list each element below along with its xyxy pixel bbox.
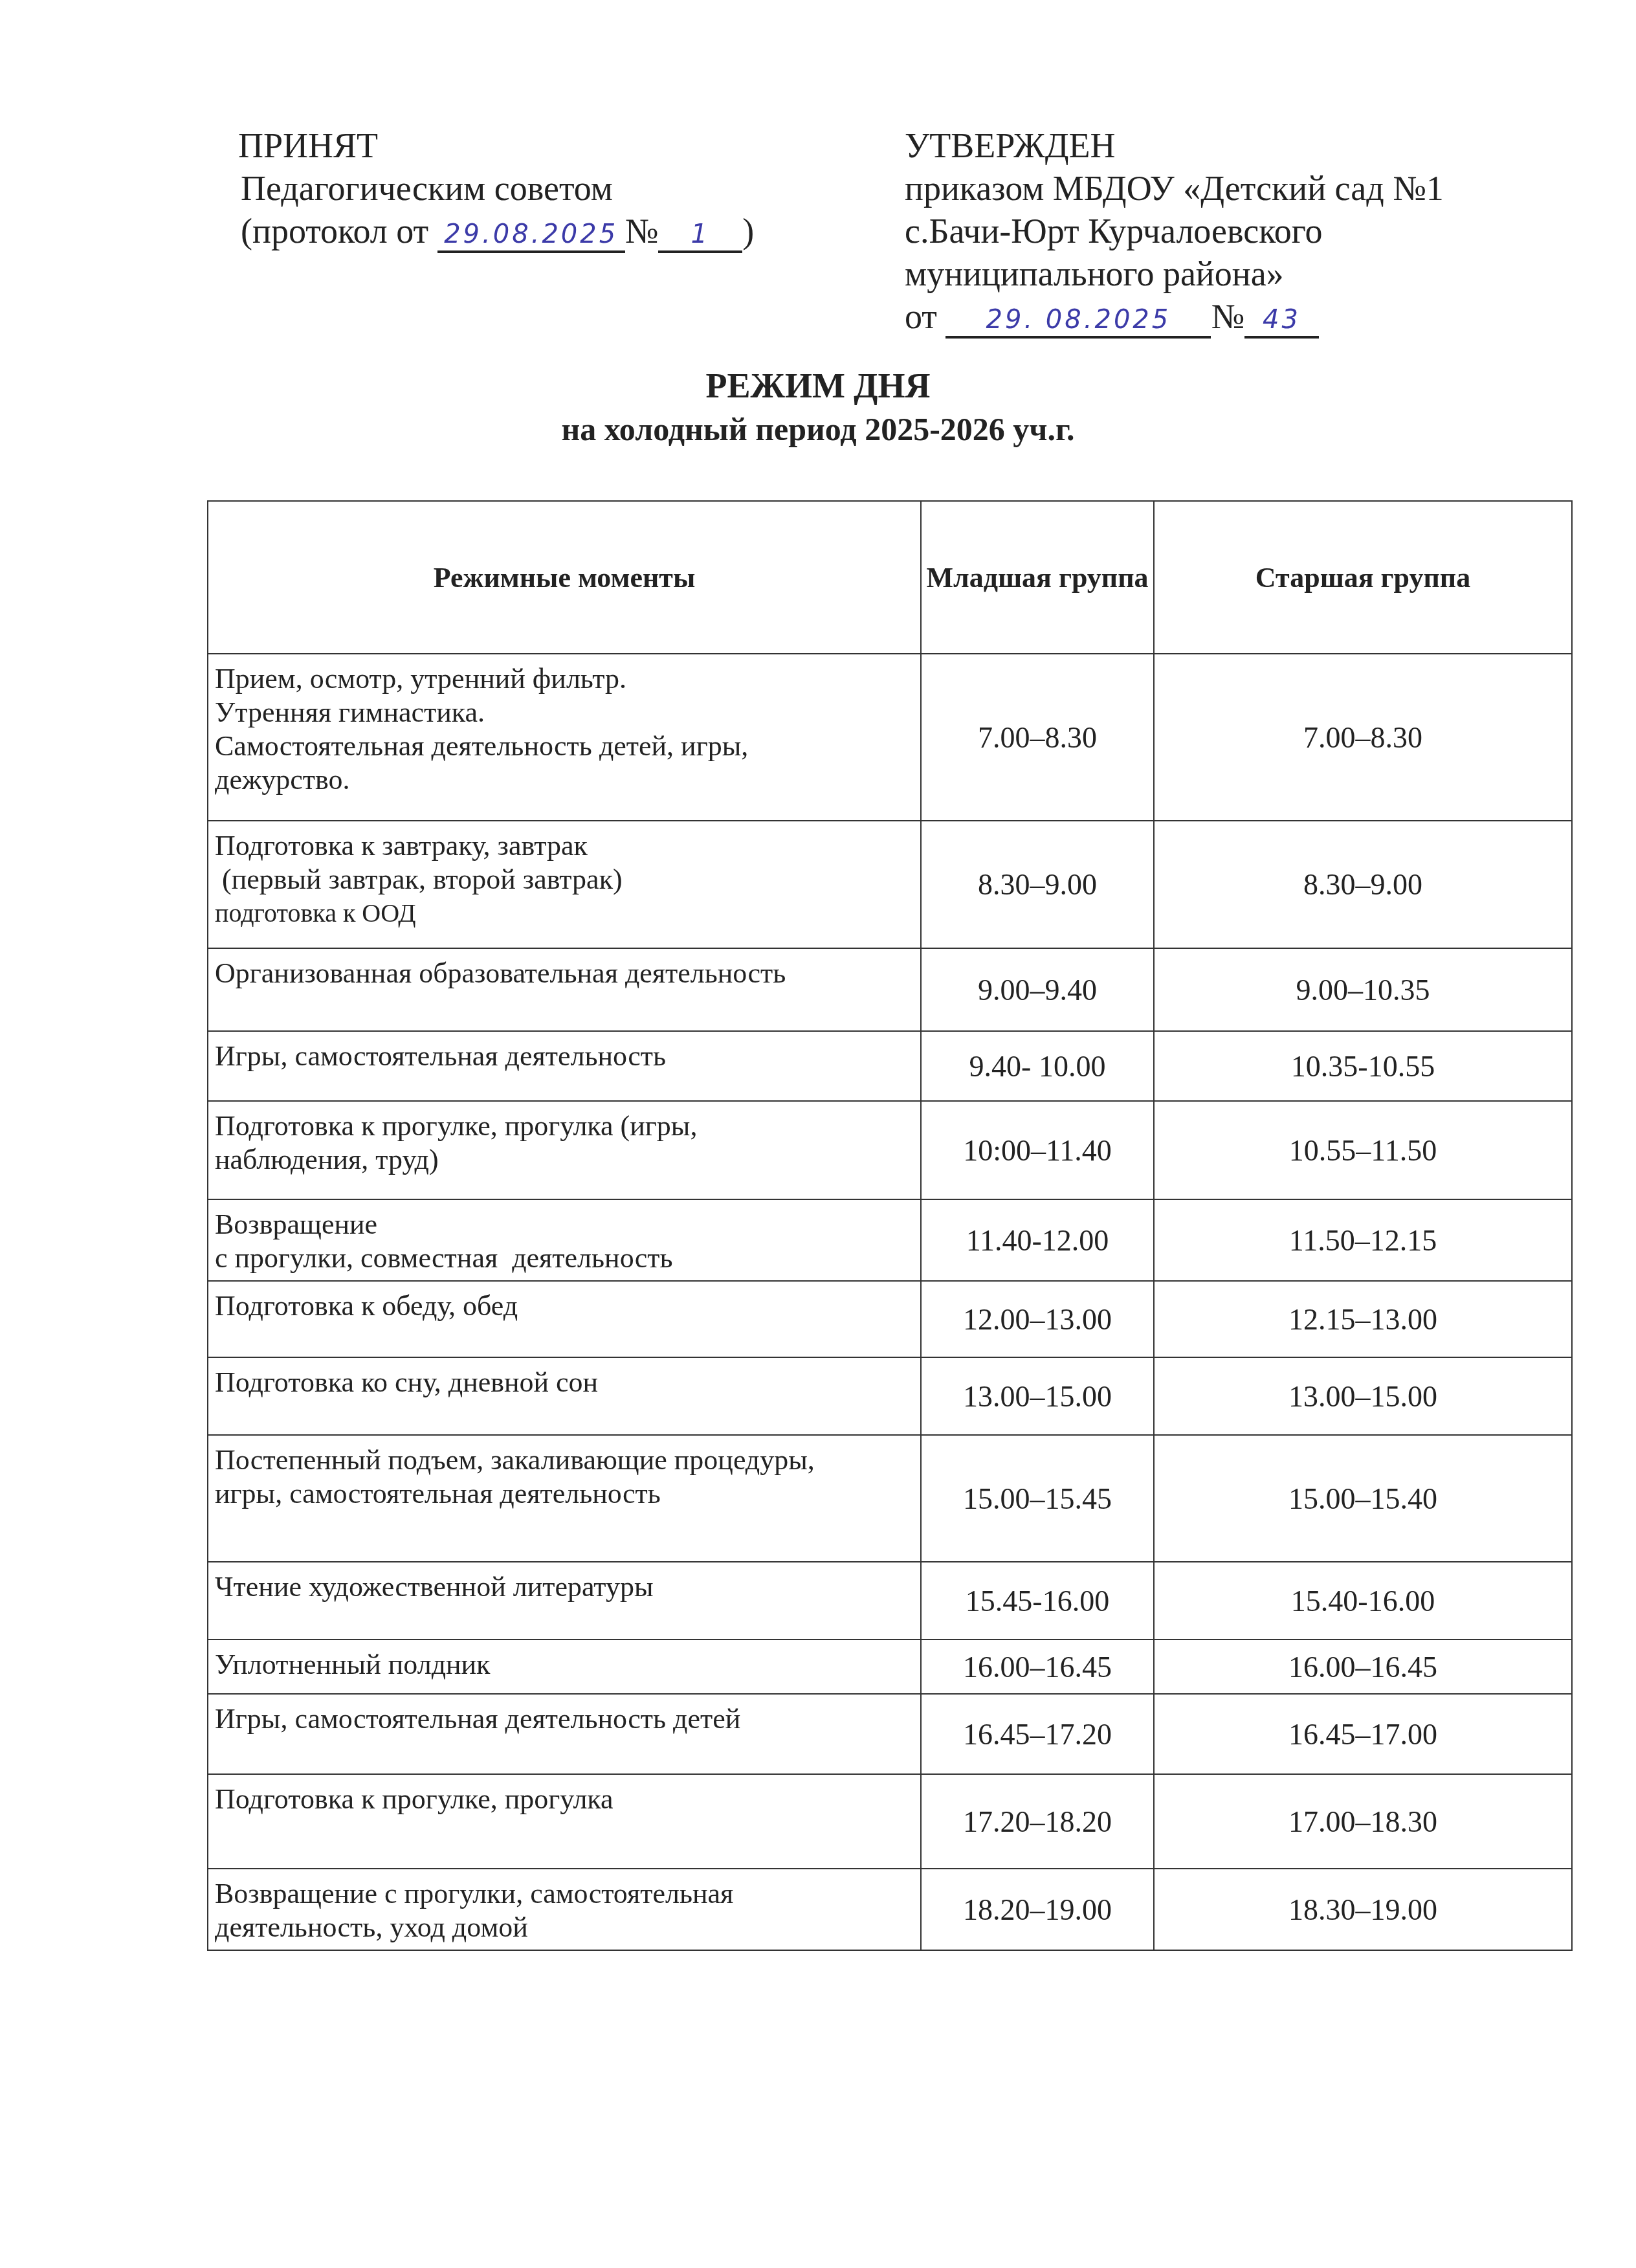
number-sign: № [625, 212, 659, 250]
activity-text: Игры, самостоятельная деятельность детей [215, 1702, 915, 1736]
senior-time-cell: 12.15–13.00 [1154, 1281, 1572, 1357]
activity-cell: Подготовка к прогулке, прогулка [208, 1774, 921, 1869]
activity-text: с прогулки, совместная деятельность [215, 1241, 915, 1275]
activity-cell: Подготовка к прогулке, прогулка (игры,на… [208, 1101, 921, 1199]
activity-text: Игры, самостоятельная деятельность [215, 1039, 915, 1073]
document-subtitle: на холодный период 2025-2026 уч.г. [0, 410, 1636, 448]
activity-text: (первый завтрак, второй завтрак) [215, 863, 915, 896]
activity-cell: Игры, самостоятельная деятельность детей [208, 1694, 921, 1774]
junior-time-cell: 16.00–16.45 [921, 1640, 1154, 1694]
senior-time-cell: 17.00–18.30 [1154, 1774, 1572, 1869]
order-date-field: 29. 08.2025 [945, 300, 1211, 339]
table-row: Подготовка к завтраку, завтрак (первый з… [208, 821, 1572, 948]
activity-text: Возвращение [215, 1208, 915, 1241]
activity-cell: Подготовка к завтраку, завтрак (первый з… [208, 821, 921, 948]
activity-text: игры, самостоятельная деятельность [215, 1477, 915, 1511]
table-row: Прием, осмотр, утренний фильтр.Утренняя … [208, 654, 1572, 821]
table-row: Подготовка ко сну, дневной сон13.00–15.0… [208, 1357, 1572, 1435]
table-row: Возвращениес прогулки, совместная деятел… [208, 1199, 1572, 1281]
accepted-block: ПРИНЯТ Педагогическим советом (протокол … [238, 124, 754, 253]
protocol-number-field: 1 [658, 215, 742, 253]
activity-text: Утренняя гимнастика. [215, 696, 915, 729]
activity-text: Возвращение с прогулки, самостоятельная [215, 1877, 915, 1911]
order-line: от 29. 08.2025№43 [905, 295, 1444, 339]
header-junior-group: Младшая группа [921, 501, 1154, 654]
junior-time-cell: 15.00–15.45 [921, 1435, 1154, 1562]
activity-text: Подготовка к прогулке, прогулка [215, 1783, 915, 1816]
senior-time-cell: 9.00–10.35 [1154, 948, 1572, 1031]
table-row: Игры, самостоятельная деятельность9.40- … [208, 1031, 1572, 1101]
table-row: Организованная образовательная деятельно… [208, 948, 1572, 1031]
accepted-heading: ПРИНЯТ [238, 124, 754, 167]
senior-time-cell: 18.30–19.00 [1154, 1869, 1572, 1950]
table-row: Подготовка к прогулке, прогулка (игры,на… [208, 1101, 1572, 1199]
senior-time-cell: 10.35-10.55 [1154, 1031, 1572, 1101]
approved-heading: УТВЕРЖДЕН [905, 124, 1444, 167]
senior-time-cell: 16.45–17.00 [1154, 1694, 1572, 1774]
activity-text: Подготовка к завтраку, завтрак [215, 829, 915, 863]
protocol-suffix: ) [742, 212, 754, 250]
activity-cell: Чтение художественной литературы [208, 1562, 921, 1640]
header-activity: Режимные моменты [208, 501, 921, 654]
activity-cell: Игры, самостоятельная деятельность [208, 1031, 921, 1101]
junior-time-cell: 7.00–8.30 [921, 654, 1154, 821]
table-header-row: Режимные моменты Младшая группа Старшая … [208, 501, 1572, 654]
activity-text: дежурство. [215, 763, 915, 797]
table-row: Подготовка к обеду, обед12.00–13.0012.15… [208, 1281, 1572, 1357]
junior-time-cell: 9.40- 10.00 [921, 1031, 1154, 1101]
header-senior-group: Старшая группа [1154, 501, 1572, 654]
senior-time-cell: 7.00–8.30 [1154, 654, 1572, 821]
senior-time-cell: 13.00–15.00 [1154, 1357, 1572, 1435]
senior-time-cell: 11.50–12.15 [1154, 1199, 1572, 1281]
activity-text: Чтение художественной литературы [215, 1570, 915, 1604]
activity-text: Подготовка к прогулке, прогулка (игры, [215, 1109, 915, 1143]
activity-cell: Постепенный подъем, закаливающие процеду… [208, 1435, 921, 1562]
activity-cell: Уплотненный полдник [208, 1640, 921, 1694]
junior-time-cell: 11.40-12.00 [921, 1199, 1154, 1281]
senior-time-cell: 16.00–16.45 [1154, 1640, 1572, 1694]
protocol-number: 1 [691, 219, 709, 249]
junior-time-cell: 17.20–18.20 [921, 1774, 1154, 1869]
schedule-body: Прием, осмотр, утренний фильтр.Утренняя … [208, 654, 1572, 1950]
table-row: Подготовка к прогулке, прогулка17.20–18.… [208, 1774, 1572, 1869]
number-sign: № [1211, 297, 1244, 336]
protocol-line: (протокол от 29.08.2025№1) [238, 210, 754, 253]
table-row: Чтение художественной литературы15.45-16… [208, 1562, 1572, 1640]
approved-order-line-2: с.Бачи-Юрт Курчалоевского [905, 210, 1444, 252]
order-number: 43 [1263, 305, 1301, 335]
activity-text: деятельность, уход домой [215, 1911, 915, 1944]
activity-text: Организованная образовательная деятельно… [215, 957, 915, 990]
senior-time-cell: 15.40-16.00 [1154, 1562, 1572, 1640]
junior-time-cell: 10:00–11.40 [921, 1101, 1154, 1199]
activity-text: Подготовка к обеду, обед [215, 1289, 915, 1323]
activity-cell: Возвращение с прогулки, самостоятельнаяд… [208, 1869, 921, 1950]
junior-time-cell: 9.00–9.40 [921, 948, 1154, 1031]
activity-text: Уплотненный полдник [215, 1648, 915, 1682]
activity-cell: Подготовка к обеду, обед [208, 1281, 921, 1357]
order-date: 29. 08.2025 [986, 305, 1171, 335]
table-row: Уплотненный полдник16.00–16.4516.00–16.4… [208, 1640, 1572, 1694]
activity-cell: Возвращениес прогулки, совместная деятел… [208, 1199, 921, 1281]
order-prefix: от [905, 297, 937, 336]
junior-time-cell: 15.45-16.00 [921, 1562, 1154, 1640]
activity-text: Постепенный подъем, закаливающие процеду… [215, 1443, 915, 1477]
activity-text: подготовка к ООД [215, 896, 915, 930]
activity-text: Прием, осмотр, утренний фильтр. [215, 662, 915, 696]
senior-time-cell: 10.55–11.50 [1154, 1101, 1572, 1199]
junior-time-cell: 16.45–17.20 [921, 1694, 1154, 1774]
schedule-table: Режимные моменты Младшая группа Старшая … [207, 500, 1573, 1951]
order-number-field: 43 [1244, 300, 1319, 339]
junior-time-cell: 18.20–19.00 [921, 1869, 1154, 1950]
approved-order-line-3: муниципального района» [905, 252, 1444, 295]
activity-text: Самостоятельная деятельность детей, игры… [215, 729, 915, 763]
approved-block: УТВЕРЖДЕН приказом МБДОУ «Детский сад №1… [905, 124, 1444, 339]
protocol-date-field: 29.08.2025 [437, 215, 625, 253]
protocol-prefix: (протокол от [241, 212, 428, 250]
approved-order-line-1: приказом МБДОУ «Детский сад №1 [905, 167, 1444, 210]
table-row: Возвращение с прогулки, самостоятельнаяд… [208, 1869, 1572, 1950]
activity-cell: Подготовка ко сну, дневной сон [208, 1357, 921, 1435]
activity-text: Подготовка ко сну, дневной сон [215, 1366, 915, 1399]
accepted-council: Педагогическим советом [238, 167, 754, 210]
junior-time-cell: 8.30–9.00 [921, 821, 1154, 948]
activity-cell: Организованная образовательная деятельно… [208, 948, 921, 1031]
document-title: РЕЖИМ ДНЯ [0, 366, 1636, 406]
senior-time-cell: 8.30–9.00 [1154, 821, 1572, 948]
table-row: Игры, самостоятельная деятельность детей… [208, 1694, 1572, 1774]
table-row: Постепенный подъем, закаливающие процеду… [208, 1435, 1572, 1562]
activity-text: наблюдения, труд) [215, 1143, 915, 1177]
senior-time-cell: 15.00–15.40 [1154, 1435, 1572, 1562]
protocol-date: 29.08.2025 [444, 219, 618, 249]
activity-cell: Прием, осмотр, утренний фильтр.Утренняя … [208, 654, 921, 821]
junior-time-cell: 13.00–15.00 [921, 1357, 1154, 1435]
junior-time-cell: 12.00–13.00 [921, 1281, 1154, 1357]
